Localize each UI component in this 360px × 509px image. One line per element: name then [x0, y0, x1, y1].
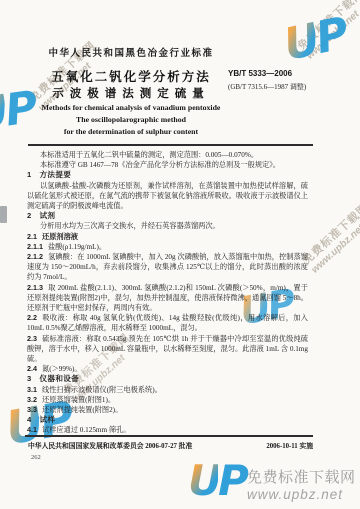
section-heading-4: 4试样: [27, 415, 308, 425]
clause-item: 2.1.1盐酸(ρ1.19g/mL)。: [27, 242, 308, 252]
clause-text: 还原剂提纯装置(附图2)。: [42, 406, 122, 414]
clause-number: 2.1.1: [27, 242, 43, 251]
document-title-en-line3: for the determination of sulphur content: [28, 127, 234, 136]
clause-text: 线性扫描示波极谱仪(附三电极系统)。: [42, 386, 162, 394]
watermark-site-name: 免费标准下载网: [294, 0, 360, 53]
clause-number: 3.2: [27, 395, 37, 404]
clause-item: 3.3还原剂提纯装置(附图2)。: [27, 405, 308, 415]
clause-number: 2.4: [27, 364, 37, 373]
scope-line: 本标准遵守 GB 1467—78《冶金产品化学分析方法标准的总则及一般规定》。: [27, 160, 308, 170]
watermark-text-top-right: 免费标准下载网 www.upbz.net: [294, 0, 360, 62]
document-title-cn-line1: 五氧化二钒化学分析方法: [28, 67, 234, 85]
footer: 中华人民共和国国家发展和改革委员会 2006-07-27 批准 2006-10-…: [28, 440, 313, 450]
clause-number: 2.2: [27, 313, 37, 322]
clause-item: 2.4氮(＞99%)。: [27, 364, 308, 374]
watermark-site-url: www.upbz.net: [309, 211, 360, 275]
clause-text: 还原剂溶液: [42, 233, 78, 241]
document-body: 本标准适用于五氧化二钒中硫量的测定，测定范围：0.005—0.070%。 本标准…: [27, 150, 308, 436]
section-number: 1: [27, 170, 32, 179]
section-title: 仪器和设备: [40, 374, 79, 383]
scan-artifact: [0, 206, 7, 223]
watermark-site-url: www.upbz.net: [304, 0, 360, 62]
section-heading-2: 2试剂: [27, 211, 308, 221]
section-heading-1: 1方法提要: [27, 170, 308, 180]
document-page: 免费标准下载网 www.upbz.net 免费标准下载网 www.upbz.ne…: [0, 0, 360, 509]
scope-line: 本标准适用于五氧化二钒中硫量的测定，测定范围：0.005—0.070%。: [27, 150, 308, 160]
section-2-intro: 分析用水均为三次离子交换水，并经石英容器蒸馏两次。: [27, 221, 308, 231]
logo-letter-u: U: [0, 86, 9, 141]
clause-item: 3.1线性扫描示波极谱仪(附三电极系统)。: [27, 385, 308, 395]
clause-item: 2.2吸收液：称取 40g 氢氧化钠(优级纯)、14g 盐酸羟胺(优级纯)，用水…: [27, 313, 308, 333]
clause-item: 3.2还原蒸馏装置(附图1)。: [27, 395, 308, 405]
footer-divider: [25, 435, 313, 437]
document-title-cn-line2: 示波极谱法测定硫量: [28, 85, 234, 101]
clause-text: 吸收液：称取 40g 氢氧化钠(优级纯)、14g 盐酸羟胺(优级纯)，用水溶解后…: [27, 314, 308, 332]
implementation-date: 2006-10-11 实施: [266, 440, 313, 450]
brand-text-block: 免费标准下载网 www.upbz.net: [247, 466, 356, 502]
section-number: 4: [27, 415, 32, 424]
section-title: 试样: [40, 415, 56, 424]
logo-letter-u: U: [279, 14, 322, 71]
clause-text: 硫标准溶液：称取 0.5435g 预先在 105℃烘 1h 并于干燥器中冷却至室…: [27, 335, 308, 363]
clause-text: 氮(＞99%)。: [42, 365, 82, 373]
standard-replacement-note: (GB/T 7315.6—1987 调整): [228, 82, 306, 92]
clause-item: 2.1.2氢碘酸：在 1000mL 氢碘酸中，加入 20g 次磷酸钠，放入蒸馏瓶…: [27, 252, 308, 283]
clause-number: 4.1: [27, 425, 37, 434]
upbz-logo-icon: UP: [188, 460, 245, 502]
logo-letter-p: P: [218, 456, 245, 505]
brand-site-name: 免费标准下载网: [247, 466, 356, 487]
clause-text: 盐酸(ρ1.19g/mL)。: [48, 243, 106, 251]
section-title: 方法提要: [40, 170, 72, 179]
page-number: 262: [31, 454, 41, 461]
clause-text: 取 200mL 盐酸(2.1.1)、300mL 氢碘酸(2.1.2)和 150m…: [27, 284, 308, 312]
clause-number: 3.3: [27, 405, 37, 414]
clause-item: 2.1.3取 200mL 盐酸(2.1.1)、300mL 氢碘酸(2.1.2)和…: [27, 283, 308, 314]
clause-number: 2.1: [27, 232, 37, 241]
approval-statement: 中华人民共和国国家发展和改革委员会 2006-07-27 批准: [28, 440, 192, 450]
clause-text: 氢碘酸：在 1000mL 氢碘酸中，加入 20g 次磷酸钠，放入蒸馏瓶中加热，控…: [27, 253, 308, 281]
clause-item: 2.1还原剂溶液: [27, 232, 308, 242]
logo-letter-u: U: [188, 456, 218, 505]
clause-text: 试样应通过 0.125mm 筛孔。: [42, 426, 130, 434]
brand-site-url: www.upbz.net: [247, 487, 356, 502]
document-title-en-line1: Methods for chemical analysis of vanadiu…: [28, 103, 234, 112]
section-heading-3: 3仪器和设备: [27, 374, 308, 384]
clause-item: 2.3硫标准溶液：称取 0.5435g 预先在 105℃烘 1h 并于干燥器中冷…: [27, 334, 308, 365]
clause-number: 2.1.3: [27, 283, 43, 292]
section-title: 试剂: [40, 211, 56, 220]
standard-number: YB/T 5333—2006: [228, 69, 292, 78]
clause-text: 还原蒸馏装置(附图1)。: [42, 396, 115, 404]
section-number: 2: [27, 211, 32, 220]
document-title-en-line2: The oscillopolarographic method: [28, 115, 234, 124]
logo-letter-p: P: [311, 8, 350, 64]
standard-type-label: 中华人民共和国黑色冶金行业标准: [28, 45, 234, 59]
section-number: 3: [27, 374, 32, 383]
clause-number: 2.1.2: [27, 252, 43, 261]
upbz-logo-icon: UP: [280, 12, 350, 68]
clause-number: 3.1: [27, 385, 37, 394]
clause-number: 2.3: [27, 334, 37, 343]
header-divider: [28, 144, 313, 146]
section-1-paragraph: 以氢碘酸-盐酸-次磷酸为还原剂，兼作试样溶剂，在蒸馏装置中加热使试样溶解，硫以硫…: [27, 181, 308, 212]
